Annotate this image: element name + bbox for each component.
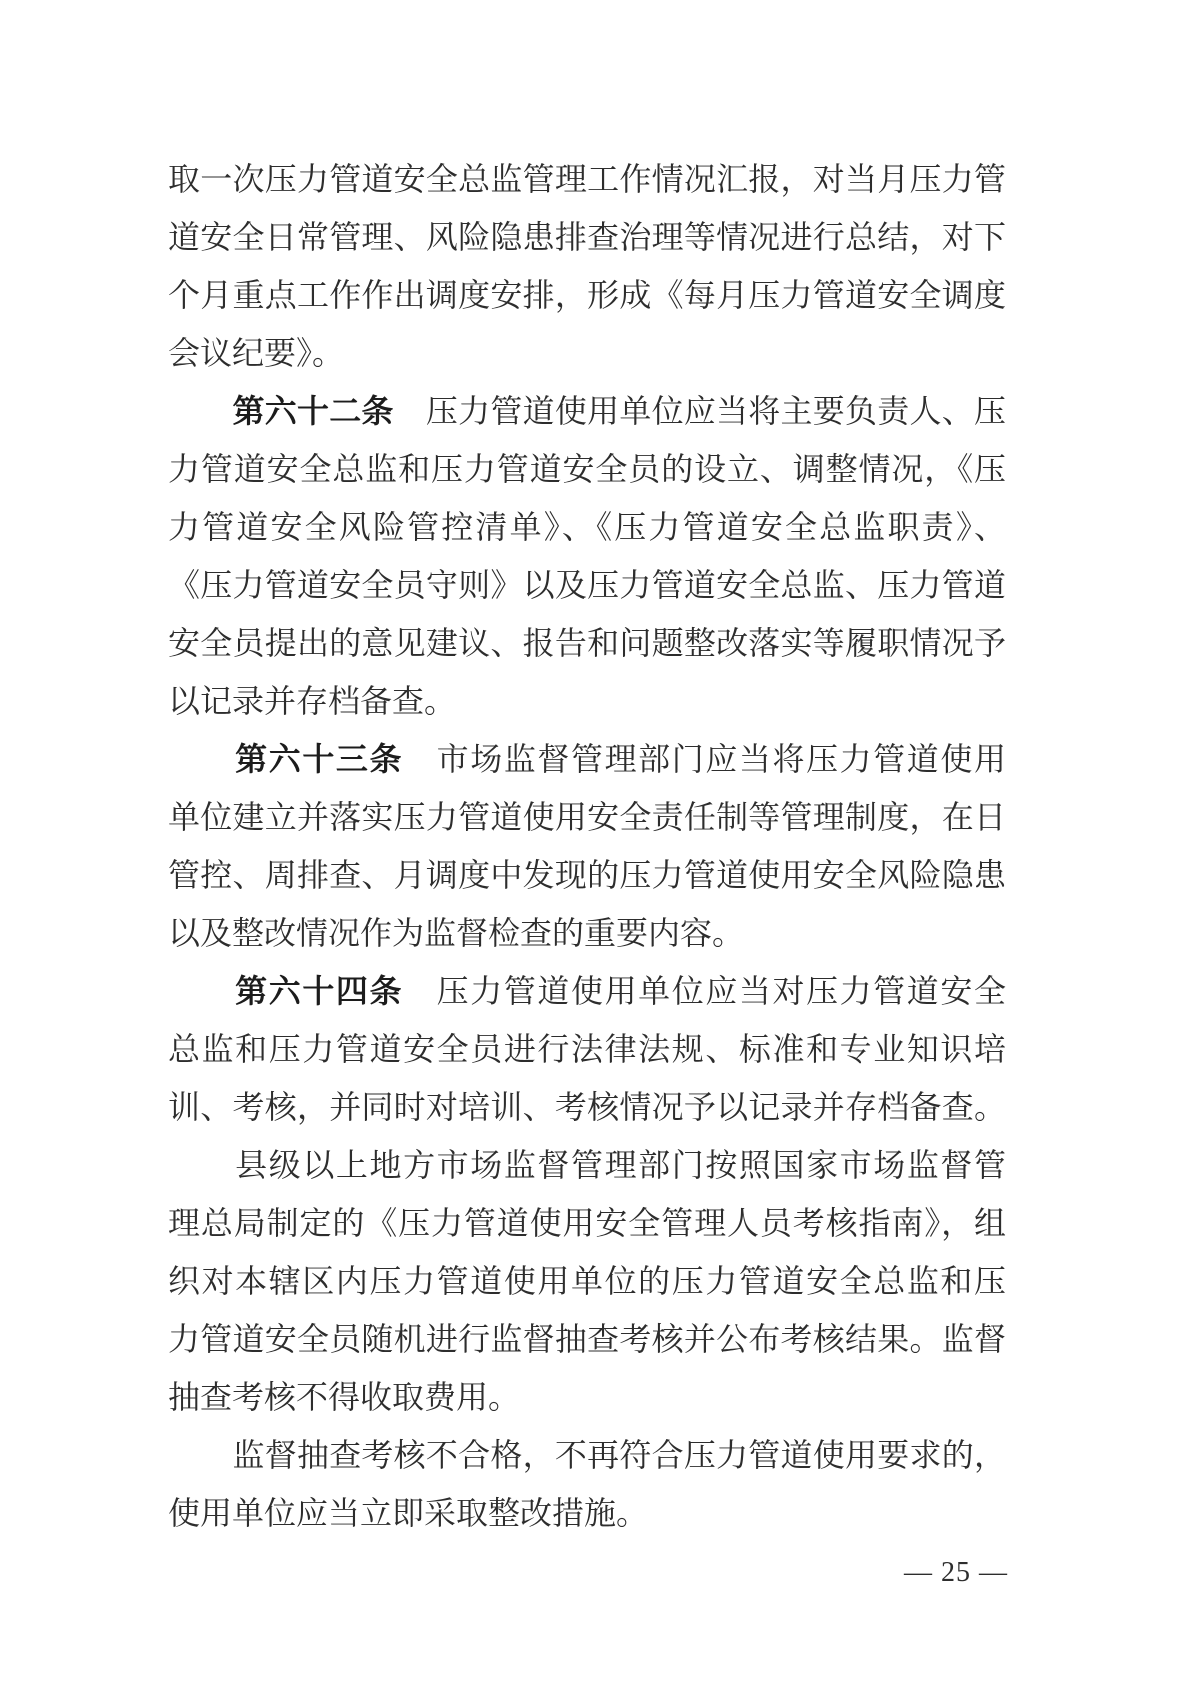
line-text: 以及整改情况作为监督检查的重要内容。 xyxy=(168,915,744,951)
text-line: 力管道安全总监和压力管道安全员的设立、调整情况，《压 xyxy=(168,440,1006,498)
line-text: 市场监督管理部门应当将压力管道使用 xyxy=(403,741,1006,777)
line-text: 力管道安全风险管控清单》、《压力管道安全总监职责》、 xyxy=(168,509,1006,545)
document-body: 取一次压力管道安全总监管理工作情况汇报，对当月压力管 道安全日常管理、风险隐患排… xyxy=(168,150,1006,1542)
line-text: 总监和压力管道安全员进行法律法规、标准和专业知识培 xyxy=(168,1031,1006,1067)
line-text: 使用单位应当立即采取整改措施。 xyxy=(168,1495,648,1531)
text-line: 管控、周排查、月调度中发现的压力管道使用安全风险隐患 xyxy=(168,846,1006,904)
text-line: 力管道安全员随机进行监督抽查考核并公布考核结果。监督 xyxy=(168,1310,1006,1368)
line-text: 织对本辖区内压力管道使用单位的压力管道安全总监和压 xyxy=(168,1263,1006,1299)
article-number: 第六十四条 xyxy=(168,973,403,1009)
line-text: 道安全日常管理、风险隐患排查治理等情况进行总结，对下 xyxy=(168,219,1006,255)
text-line: 《压力管道安全员守则》以及压力管道安全总监、压力管道 xyxy=(168,556,1006,614)
line-text: 取一次压力管道安全总监管理工作情况汇报，对当月压力管 xyxy=(168,161,1006,197)
line-text: 县级以上地方市场监督管理部门按照国家市场监督管 xyxy=(168,1147,1006,1183)
text-line: 道安全日常管理、风险隐患排查治理等情况进行总结，对下 xyxy=(168,208,1006,266)
text-line: 取一次压力管道安全总监管理工作情况汇报，对当月压力管 xyxy=(168,150,1006,208)
page-number: — 25 — xyxy=(876,1556,1036,1590)
text-line: 抽查考核不得收取费用。 xyxy=(168,1368,1006,1426)
text-line: 县级以上地方市场监督管理部门按照国家市场监督管 xyxy=(168,1136,1006,1194)
text-line: 监督抽查考核不合格，不再符合压力管道使用要求的， xyxy=(168,1426,1006,1484)
line-text: 压力管道使用单位应当对压力管道安全 xyxy=(403,973,1006,1009)
article-number: 第六十二条 xyxy=(168,393,394,429)
article-number: 第六十三条 xyxy=(168,741,403,777)
line-text: 压力管道使用单位应当将主要负责人、压 xyxy=(394,393,1006,429)
text-line: 第六十四条 压力管道使用单位应当对压力管道安全 xyxy=(168,962,1006,1020)
text-line: 安全员提出的意见建议、报告和问题整改落实等履职情况予 xyxy=(168,614,1006,672)
text-line: 第六十三条 市场监督管理部门应当将压力管道使用 xyxy=(168,730,1006,788)
text-line: 使用单位应当立即采取整改措施。 xyxy=(168,1484,1006,1542)
document-page: 取一次压力管道安全总监管理工作情况汇报，对当月压力管 道安全日常管理、风险隐患排… xyxy=(0,0,1190,1683)
line-text: 安全员提出的意见建议、报告和问题整改落实等履职情况予 xyxy=(168,625,1006,661)
line-text: 个月重点工作作出调度安排，形成《每月压力管道安全调度 xyxy=(168,277,1006,313)
line-text: 《压力管道安全员守则》以及压力管道安全总监、压力管道 xyxy=(168,567,1006,603)
text-line: 会议纪要》。 xyxy=(168,324,1006,382)
text-line: 第六十二条 压力管道使用单位应当将主要负责人、压 xyxy=(168,382,1006,440)
line-text: 监督抽查考核不合格，不再符合压力管道使用要求的， xyxy=(168,1437,1006,1473)
text-line: 织对本辖区内压力管道使用单位的压力管道安全总监和压 xyxy=(168,1252,1006,1310)
line-text: 理总局制定的《压力管道使用安全管理人员考核指南》，组 xyxy=(168,1205,1006,1241)
text-line: 力管道安全风险管控清单》、《压力管道安全总监职责》、 xyxy=(168,498,1006,556)
line-text: 单位建立并落实压力管道使用安全责任制等管理制度，在日 xyxy=(168,799,1006,835)
line-text: 力管道安全总监和压力管道安全员的设立、调整情况，《压 xyxy=(168,451,1006,487)
line-text: 抽查考核不得收取费用。 xyxy=(168,1379,520,1415)
line-text: 以记录并存档备查。 xyxy=(168,683,456,719)
text-line: 理总局制定的《压力管道使用安全管理人员考核指南》，组 xyxy=(168,1194,1006,1252)
line-text: 管控、周排查、月调度中发现的压力管道使用安全风险隐患 xyxy=(168,857,1006,893)
line-text: 会议纪要》。 xyxy=(168,335,344,371)
text-line: 单位建立并落实压力管道使用安全责任制等管理制度，在日 xyxy=(168,788,1006,846)
text-line: 训、考核，并同时对培训、考核情况予以记录并存档备查。 xyxy=(168,1078,1006,1136)
line-text: 力管道安全员随机进行监督抽查考核并公布考核结果。监督 xyxy=(168,1321,1006,1357)
text-line: 以及整改情况作为监督检查的重要内容。 xyxy=(168,904,1006,962)
text-line: 个月重点工作作出调度安排，形成《每月压力管道安全调度 xyxy=(168,266,1006,324)
text-line: 总监和压力管道安全员进行法律法规、标准和专业知识培 xyxy=(168,1020,1006,1078)
text-line: 以记录并存档备查。 xyxy=(168,672,1006,730)
line-text: 训、考核，并同时对培训、考核情况予以记录并存档备查。 xyxy=(168,1089,1006,1125)
